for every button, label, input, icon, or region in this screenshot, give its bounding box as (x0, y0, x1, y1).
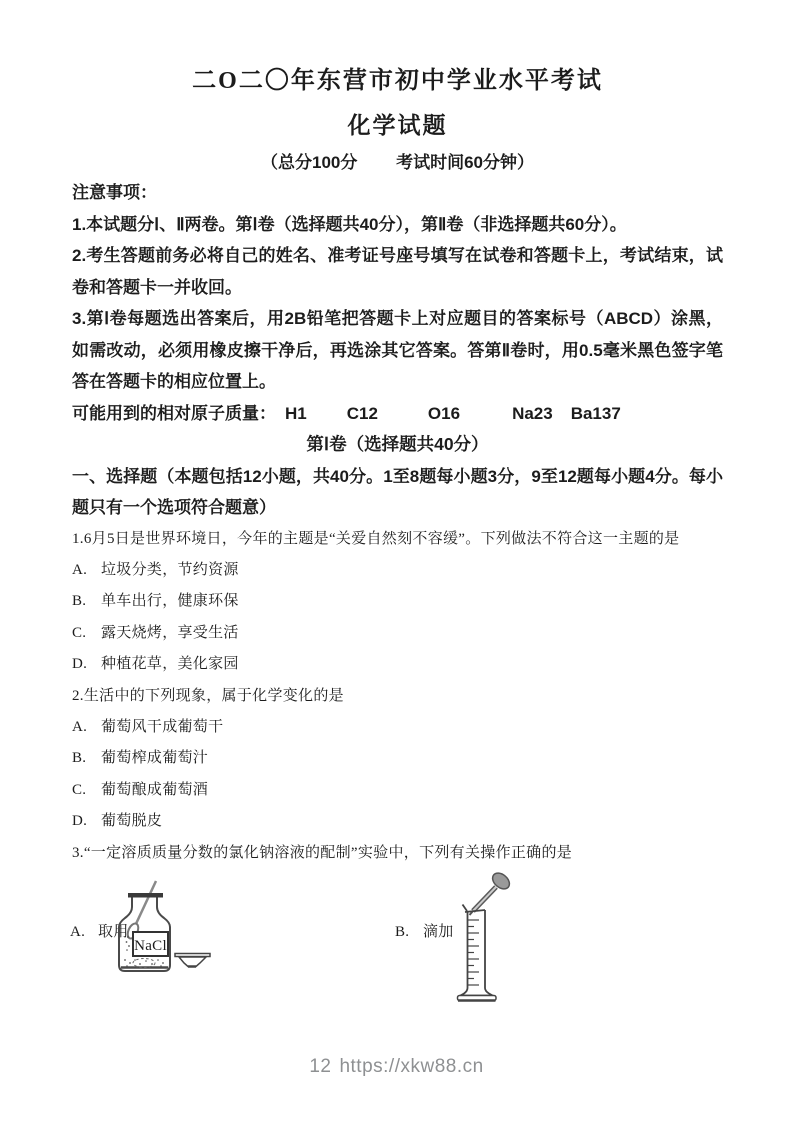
option-label: C. (72, 775, 90, 806)
question-1-option-c: C. 露天烧烤，享受生活 (72, 618, 723, 649)
atomic-masses-line: 可能用到的相对原子质量：H1C12O16Na23Ba137 (72, 398, 723, 430)
question-2-stem: 2.生活中的下列现象，属于化学变化的是 (72, 681, 723, 712)
exam-title: 二O二〇年东营市初中学业水平考试 (72, 64, 723, 98)
atomic-mass-O: O16 (428, 404, 460, 423)
watch-glass (175, 953, 210, 966)
bottle-cap (128, 893, 163, 898)
question-2-option-d: D. 葡萄脱皮 (72, 806, 723, 837)
option-label: A. (72, 555, 90, 586)
question-3-option-b: B. 滴加 (395, 922, 454, 942)
option-label: B. (395, 922, 413, 942)
option-label: C. (72, 618, 90, 649)
option-text: 葡萄风干成葡萄干 (101, 712, 223, 743)
option-text: 单车出行，健康环保 (101, 586, 239, 617)
notice-section: 注意事项： 1.本试题分Ⅰ、Ⅱ两卷。第Ⅰ卷（选择题共40分），第Ⅱ卷（非选择题共… (72, 177, 723, 524)
option-label: B. (72, 743, 90, 774)
exam-meta-line: （总分100分 考试时间60分钟） (72, 149, 723, 177)
option-label: D. (72, 649, 90, 680)
exam-paper-page: { "header": { "title": "二O二〇年东营市初中学业水平考试… (0, 0, 793, 1122)
notice-item-2: 2.考生答题前务必将自己的姓名、准考证号座号填写在试卷和答题卡上，考试结束，试卷… (72, 240, 723, 303)
dropper-cylinder-figure (455, 870, 519, 1004)
option-label: B. (72, 586, 90, 617)
graduated-cylinder (458, 904, 497, 1000)
notice-item-1: 1.本试题分Ⅰ、Ⅱ两卷。第Ⅰ卷（选择题共40分），第Ⅱ卷（非选择题共60分）。 (72, 209, 723, 241)
question-1-option-d: D. 种植花草，美化家园 (72, 649, 723, 680)
spoon-handle (135, 881, 156, 926)
atomic-mass-C: C12 (347, 404, 378, 423)
cylinder-graduations (468, 920, 479, 985)
option-label: D. (72, 806, 90, 837)
exam-subject-title: 化学试题 (72, 110, 723, 142)
option-text: 葡萄酿成葡萄酒 (101, 775, 208, 806)
question-3-figures: A. 取用 NaCl (72, 870, 723, 1004)
section-1-intro: 一、选择题（本题包括12小题，共40分。1至8题每小题3分，9至12题每小题4分… (72, 461, 723, 524)
footer-url: https://xkw88.cn (339, 1056, 483, 1077)
option-text: 葡萄榨成葡萄汁 (101, 743, 208, 774)
atomic-mass-Ba: Ba137 (571, 404, 621, 423)
question-1-stem: 1.6月5日是世界环境日，今年的主题是“关爱自然刻不容缓”。下列做法不符合这一主… (72, 524, 723, 555)
question-1-option-b: B. 单车出行，健康环保 (72, 586, 723, 617)
nacl-label: NaCl (134, 938, 167, 954)
option-text: 种植花草，美化家园 (101, 649, 239, 680)
cylinder-stem (461, 988, 493, 996)
question-3-stem: 3.“一定溶质质量分数的氯化钠溶液的配制”实验中，下列有关操作正确的是 (72, 838, 723, 869)
question-2-option-b: B. 葡萄榨成葡萄汁 (72, 743, 723, 774)
option-label: A. (70, 922, 88, 942)
question-1-option-a: A. 垃圾分类，节约资源 (72, 555, 723, 586)
option-text: 垃圾分类，节约资源 (101, 555, 239, 586)
dropper (470, 870, 513, 915)
reagent-bottle-figure: NaCl (117, 880, 212, 985)
section-1-heading: 第Ⅰ卷（选择题共40分） (72, 429, 723, 461)
atomic-mass-H: H1 (285, 404, 307, 423)
option-label: A. (72, 712, 90, 743)
notice-heading: 注意事项： (72, 177, 723, 209)
question-2-option-a: A. 葡萄风干成葡萄干 (72, 712, 723, 743)
option-text: 露天烧烤，享受生活 (101, 618, 239, 649)
document-content: 二O二〇年东营市初中学业水平考试 化学试题 （总分100分 考试时间60分钟） … (72, 0, 723, 1004)
option-text: 滴加 (423, 922, 454, 942)
notice-item-3: 3.第Ⅰ卷每题选出答案后，用2B铅笔把答题卡上对应题目的答案标号（ABCD）涂黑… (72, 303, 723, 398)
page-number: 12 (309, 1056, 331, 1077)
page-footer: 12https://xkw88.cn (0, 1056, 793, 1078)
atomic-masses-label: 可能用到的相对原子质量： (72, 404, 276, 423)
salt-pile-outline (133, 958, 155, 967)
questions-block: 1.6月5日是世界环境日，今年的主题是“关爱自然刻不容缓”。下列做法不符合这一主… (72, 524, 723, 1004)
option-text: 葡萄脱皮 (101, 806, 162, 837)
question-2-option-c: C. 葡萄酿成葡萄酒 (72, 775, 723, 806)
atomic-mass-Na: Na23 (512, 404, 553, 423)
